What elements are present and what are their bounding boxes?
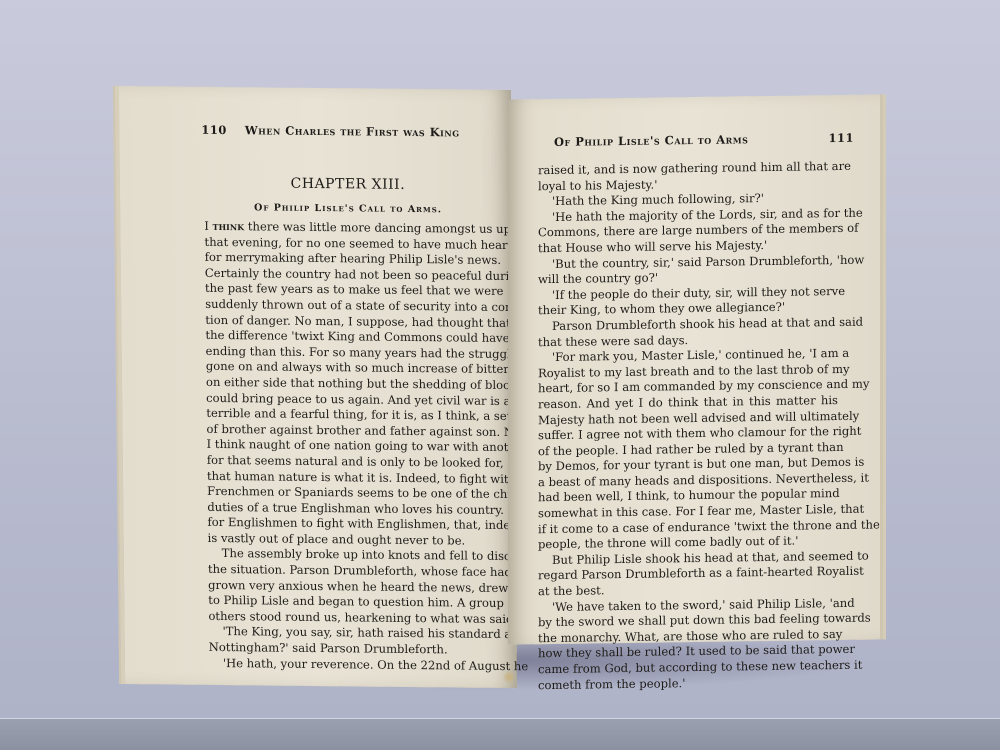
right-running-title: Of Philip Lisle's Call to Arms [554, 132, 748, 149]
left-running-head: 110When Charles the First was King [201, 123, 459, 140]
left-page-number: 110 [201, 123, 227, 137]
right-page-number: 111 [828, 131, 854, 145]
table-surface [0, 718, 1000, 750]
chapter-subtitle: Of Philip Lisle's Call to Arms. [198, 202, 498, 216]
left-body-text: I think there was little more dancing am… [204, 219, 503, 674]
page-stain [503, 670, 515, 684]
right-running-head: Of Philip Lisle's Call to Arms111 [554, 131, 854, 149]
right-page: Of Philip Lisle's Call to Arms111 raised… [508, 94, 883, 644]
text-line: 'He hath, your reverence. On the 22nd of… [209, 656, 503, 675]
text-line: cometh from the people.' [538, 674, 838, 694]
right-body-text: raised it, and is now gathering round hi… [538, 159, 838, 693]
small-caps-opening: think [213, 219, 245, 233]
left-running-title: When Charles the First was King [245, 123, 460, 139]
left-page: 110When Charles the First was King CHAPT… [115, 86, 517, 688]
chapter-title: CHAPTER XIII. [198, 175, 498, 194]
